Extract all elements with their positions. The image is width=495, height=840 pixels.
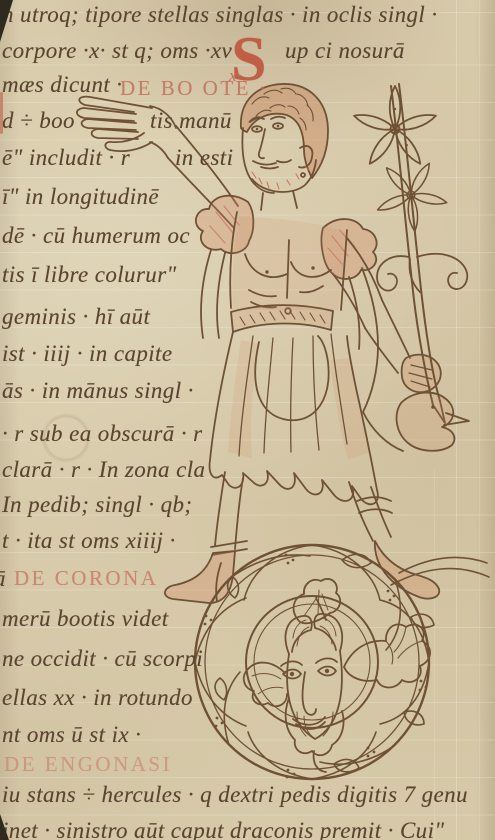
bootes-skirt <box>210 332 378 504</box>
text-line-15: t · ita st oms xiiij · <box>2 528 176 554</box>
rubric-de-engonasi: DE ENGONASI <box>4 752 172 777</box>
text-line-13: clarā · r · In zona cla <box>2 457 205 483</box>
text-segment: d ÷ boo <box>2 108 75 134</box>
rubric-de-corona: DE CORONA <box>14 566 158 591</box>
text-line-19: ellas xx · in rotundo <box>2 685 193 711</box>
text-line-7: dē · cū humerum oc <box>2 223 190 249</box>
text-line-11: ās · in mānus singl · <box>2 378 194 404</box>
wreath-face <box>244 579 430 772</box>
text-segment: up ci nosurā <box>285 38 405 64</box>
text-line-14: In pedib; singl · qb; <box>2 492 192 518</box>
text-line-10: ist · iiij · in capite <box>2 341 172 367</box>
belt <box>231 305 333 332</box>
text-line-6: ī" in longitudinē <box>2 184 159 210</box>
text-line-23: inet · sinistro aūt caput draconis premi… <box>2 818 444 840</box>
bootes-head <box>241 84 328 210</box>
text-line-3: mæs dicunt · <box>2 72 122 98</box>
text-line-22: iu stans ÷ hercules · q dextri pedis dig… <box>2 782 468 808</box>
manuscript-page: n utroq; tipore stellas singlas · in ocl… <box>0 0 495 840</box>
rubric-de-boote: DE BO OTE · <box>120 76 268 101</box>
text-line-12: · r sub ea obscurā · r <box>2 421 202 447</box>
text-line-8: tis ī libre colurur" <box>2 262 177 288</box>
text-line-16: ā <box>0 566 6 592</box>
text-line-9: geminis · hī aūt <box>2 304 150 330</box>
text-segment: corpore ·x· st q; oms ·xv · <box>2 38 244 64</box>
text-segment: tis manū <box>150 108 232 134</box>
red-edge-mark <box>0 92 3 134</box>
bootes-torso <box>230 212 347 332</box>
text-line-17: merū bootis videt <box>2 606 169 632</box>
text-line-18: ne occidit · cū scorpi <box>2 646 203 672</box>
text-line-20: nt oms ū st ix · <box>2 722 141 748</box>
text-segment: ē" includit · r <box>2 145 130 171</box>
text-segment: in esti <box>175 145 233 171</box>
text-line-1: n utroq; tipore stellas singlas · in ocl… <box>2 2 438 28</box>
